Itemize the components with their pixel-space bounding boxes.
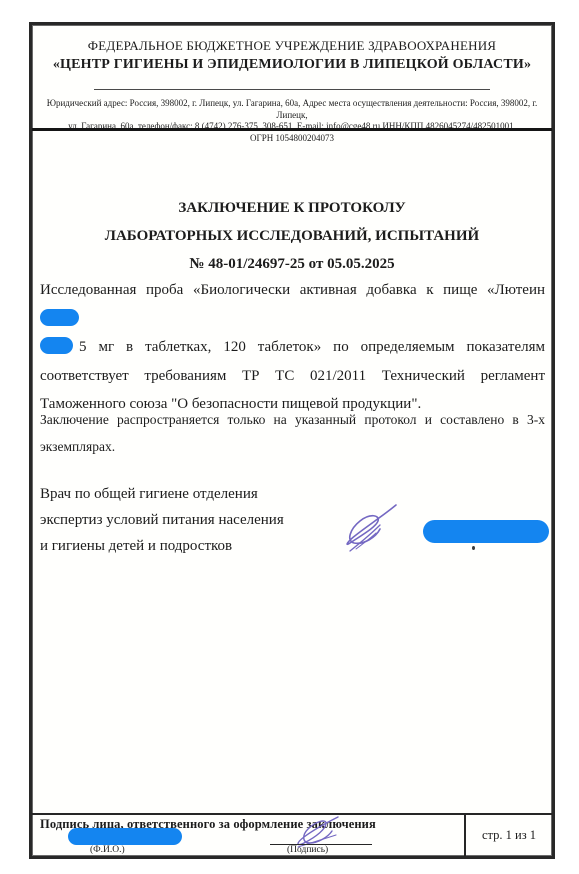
document-page: ФЕДЕРАЛЬНОЕ БЮДЖЕТНОЕ УЧРЕЖДЕНИЕ ЗДРАВОО… — [29, 22, 555, 859]
redaction-box — [423, 520, 549, 543]
signatory-line3: и гигиены детей и подростков — [40, 533, 284, 559]
fio-label: (Ф.И.О.) — [90, 845, 125, 855]
signatory-line1: Врач по общей гигиене отделения — [40, 481, 284, 507]
paragraph-text: Заключение распространяется только на ук… — [40, 412, 545, 427]
ink-speck — [472, 546, 475, 550]
body-paragraph-1: Исследованная проба «Биологически активн… — [40, 276, 545, 419]
address-line1: Юридический адрес: Россия, 398002, г. Ли… — [36, 98, 548, 121]
paragraph-line: экземплярах. — [40, 433, 545, 460]
redaction-box — [68, 828, 182, 845]
signatory-line2: экспертиз условий питания населения — [40, 507, 284, 533]
paragraph-line: Исследованная проба «Биологически активн… — [40, 276, 545, 333]
org-header: ФЕДЕРАЛЬНОЕ БЮДЖЕТНОЕ УЧРЕЖДЕНИЕ ЗДРАВОО… — [32, 38, 552, 73]
title-line2: ЛАБОРАТОРНЫХ ИССЛЕДОВАНИЙ, ИСПЫТАНИЙ — [32, 222, 552, 250]
page-number: стр. 1 из 1 — [464, 815, 552, 856]
org-name-line1: ФЕДЕРАЛЬНОЕ БЮДЖЕТНОЕ УЧРЕЖДЕНИЕ ЗДРАВОО… — [32, 38, 552, 54]
body-paragraph-2: Заключение распространяется только на ук… — [40, 406, 545, 460]
address-line3: ОГРН 1054800204073 — [36, 133, 548, 145]
paragraph-line: соответствует требованиям ТР ТС 021/2011… — [40, 362, 545, 391]
header-thick-divider — [32, 128, 552, 131]
paragraph-text: 5 мг в таблетках, 120 таблеток» по опред… — [79, 339, 545, 355]
title-line1: ЗАКЛЮЧЕНИЕ К ПРОТОКОЛУ — [32, 194, 552, 222]
redaction-box — [40, 337, 73, 354]
org-address: Юридический адрес: Россия, 398002, г. Ли… — [36, 98, 548, 144]
paragraph-text: соответствует требованиям ТР ТС 021/2011… — [40, 368, 545, 384]
paragraph-text: Исследованная проба «Биологически активн… — [40, 282, 545, 298]
handwritten-signature-icon — [340, 499, 402, 557]
scanned-document: { "document": { "header": { "org_line1":… — [0, 0, 579, 874]
paragraph-line: 5 мг в таблетках, 120 таблеток» по опред… — [40, 333, 545, 362]
podpis-label: (Подпись) — [287, 845, 328, 855]
org-name-line2: «ЦЕНТР ГИГИЕНЫ И ЭПИДЕМИОЛОГИИ В ЛИПЕЦКО… — [32, 57, 552, 73]
footer-table: Подпись лица, ответственного за оформлен… — [32, 813, 552, 856]
redaction-box — [40, 309, 79, 326]
signatory-title: Врач по общей гигиене отделения эксперти… — [40, 481, 284, 559]
paragraph-text: экземплярах. — [40, 439, 115, 454]
header-divider — [94, 89, 490, 90]
document-title: ЗАКЛЮЧЕНИЕ К ПРОТОКОЛУ ЛАБОРАТОРНЫХ ИССЛ… — [32, 194, 552, 278]
paragraph-line: Заключение распространяется только на ук… — [40, 406, 545, 433]
title-number: № 48-01/24697-25 от 05.05.2025 — [32, 250, 552, 278]
